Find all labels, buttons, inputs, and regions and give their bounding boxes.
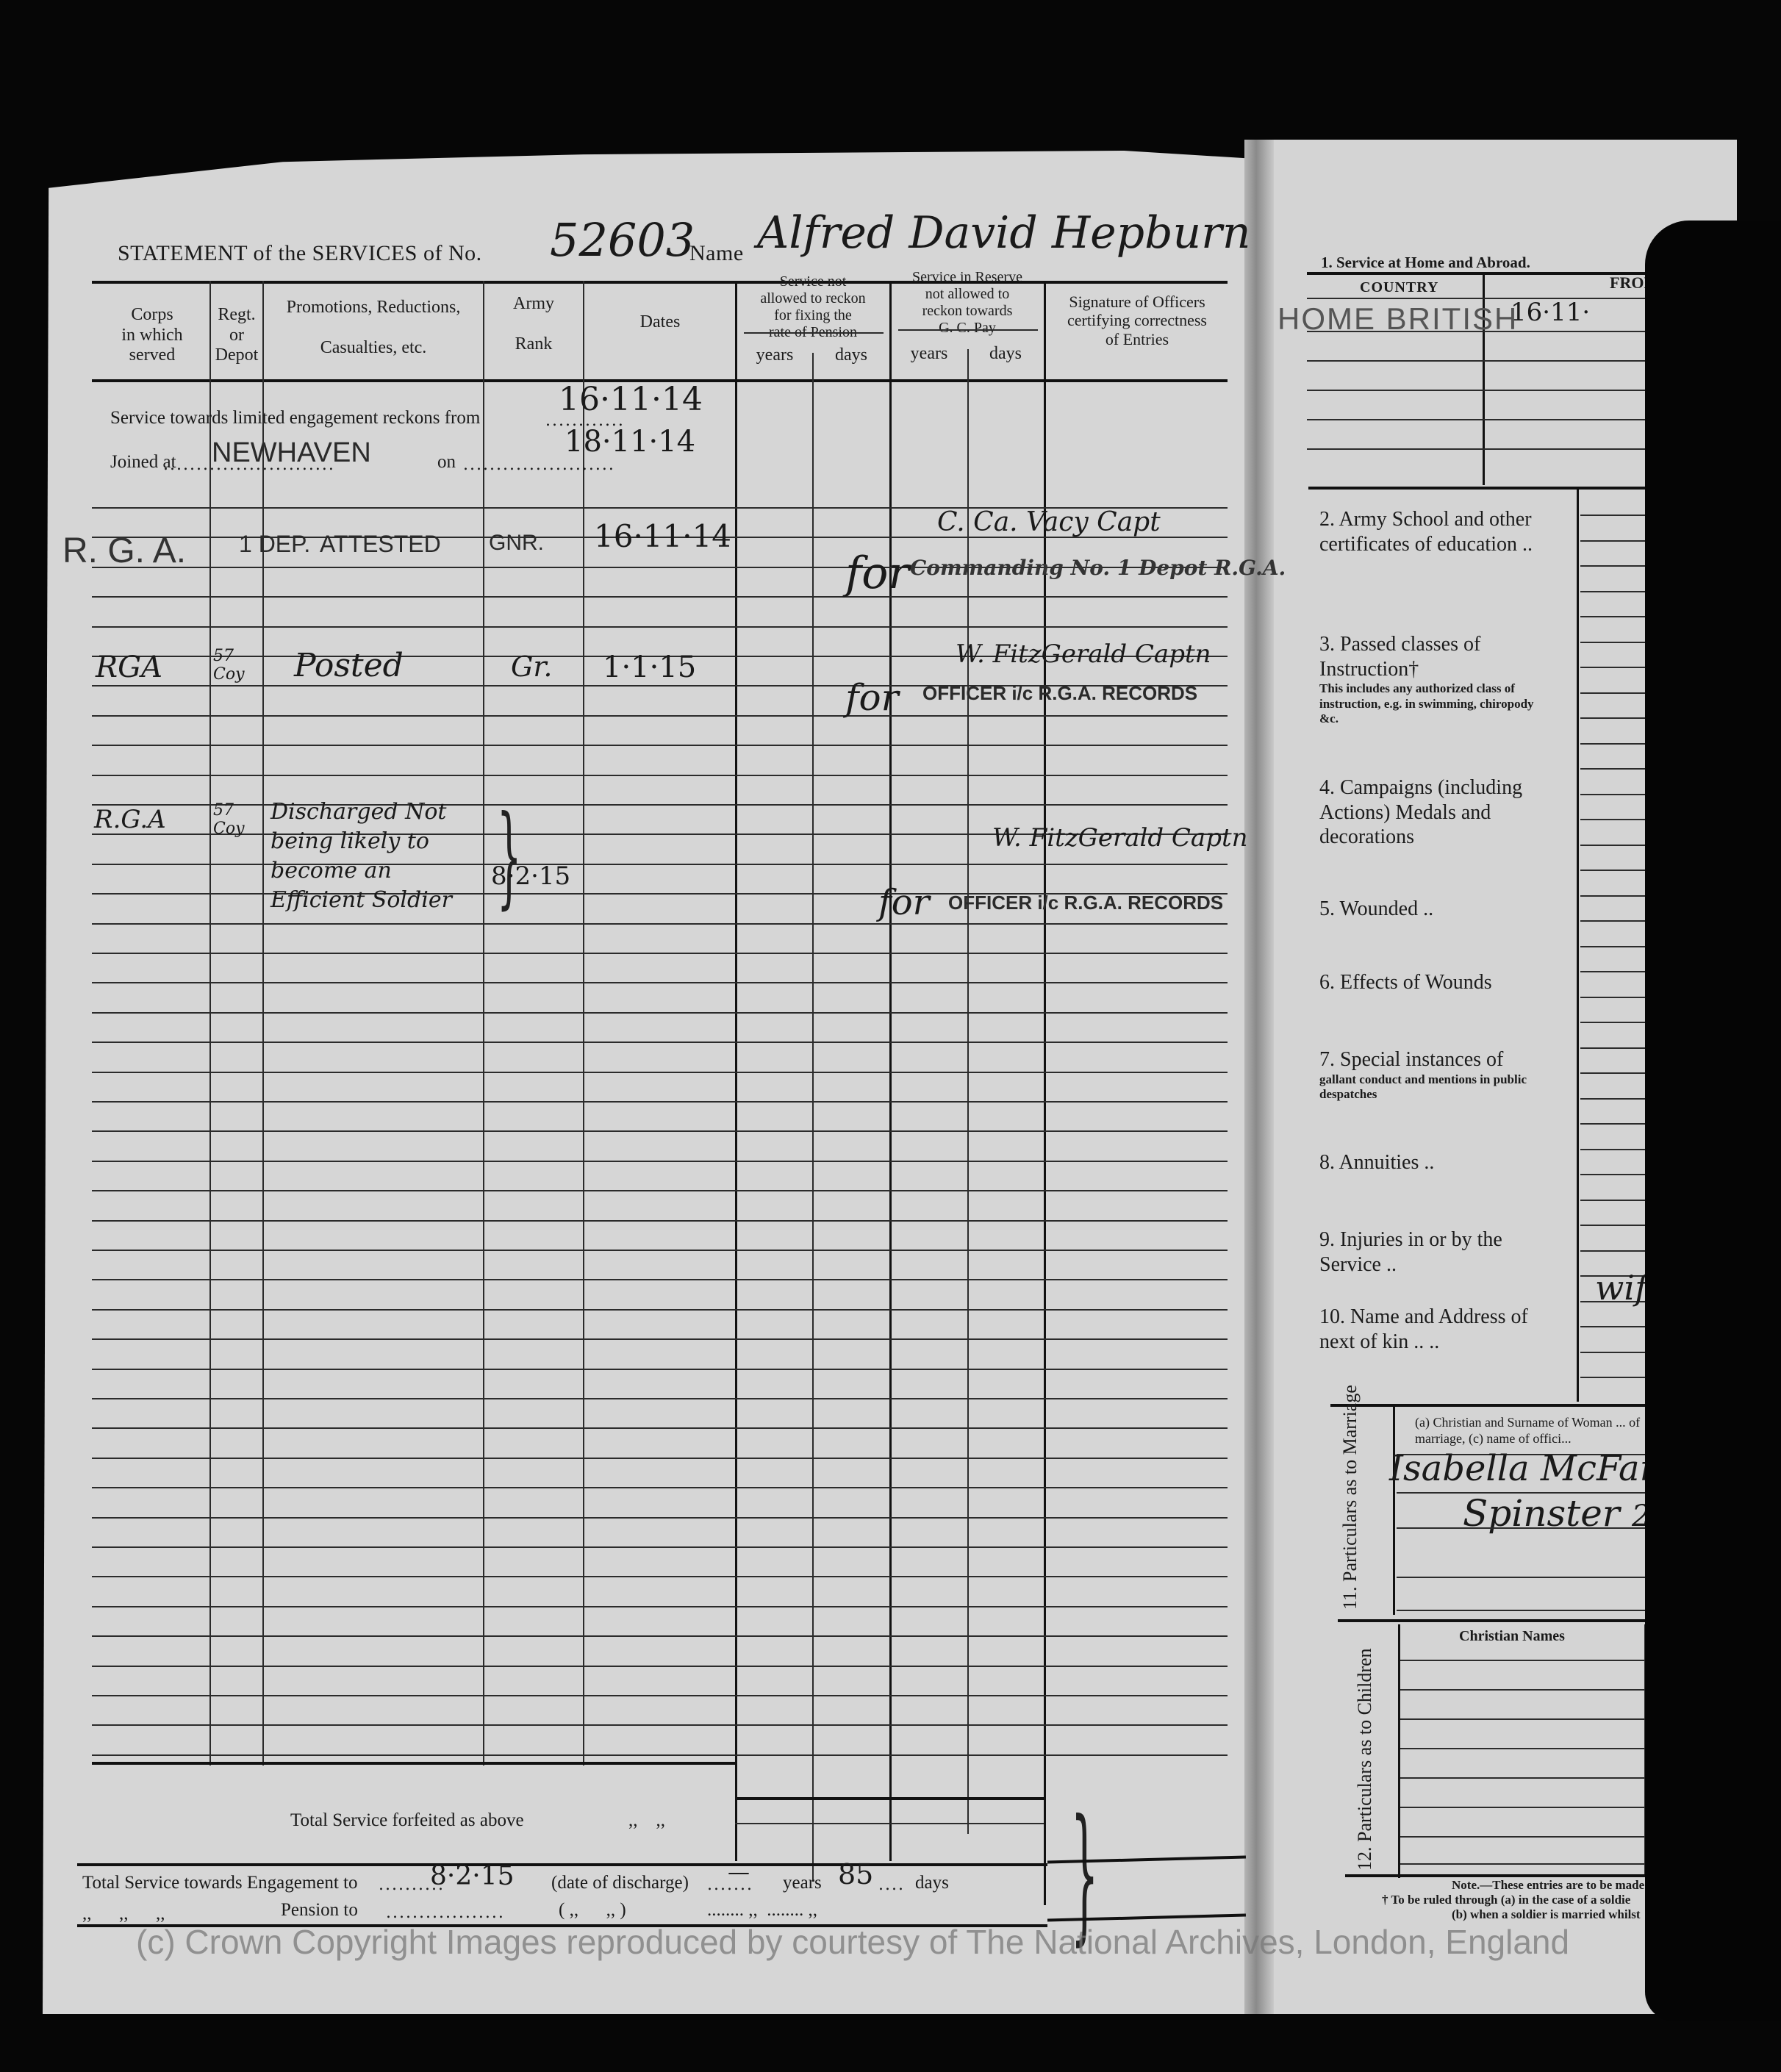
row-rule [92, 1101, 1228, 1103]
col-divider [1577, 487, 1579, 1402]
row-rule [1397, 1527, 1654, 1529]
row-rule [1580, 692, 1654, 694]
entry-corps: R.G.A [94, 805, 166, 834]
entry-regt: 1 DEP. [239, 531, 310, 558]
row-rule [92, 1724, 1228, 1726]
row-rule [92, 1190, 1228, 1191]
row-rule [1400, 1718, 1654, 1720]
entry-regt: 57 Coy [213, 801, 262, 838]
row-rule [1397, 1577, 1654, 1578]
row-rule [1580, 565, 1654, 567]
entry-signature-prefix: for [878, 882, 930, 923]
soldier-name: Alfred David Hepburn [757, 207, 1250, 259]
row-rule [1400, 1807, 1654, 1808]
section-label: 6. Effects of Wounds [1319, 970, 1555, 995]
entry-regt: 57 Coy [213, 647, 262, 684]
row-rule [1580, 920, 1654, 922]
row-rule [92, 804, 1228, 806]
section-label: 7. Special instances of [1319, 1047, 1555, 1072]
row-rule [92, 1606, 1228, 1607]
row-rule [1580, 845, 1654, 846]
row-rule [1580, 717, 1654, 719]
copyright-watermark: (c) Crown Copyright Images reproduced by… [136, 1922, 1569, 1962]
row-rule [92, 1398, 1228, 1399]
total-forfeited-ditto: ,, ,, [628, 1810, 665, 1831]
country-rule [1307, 298, 1652, 299]
row-rule [1580, 540, 1654, 542]
days-value: 85 [838, 1858, 873, 1890]
section-sublabel: gallant conduct and mentions in public d… [1319, 1072, 1555, 1103]
row-rule [1580, 1072, 1654, 1074]
pension-paren: ( ,, ,, ) [559, 1900, 626, 1921]
engagement-date: 8·2·15 [430, 1861, 515, 1891]
row-rule [1580, 997, 1654, 998]
row-rule [92, 1250, 1228, 1251]
row-rule [1580, 870, 1654, 871]
dotted-leader: .................. [386, 1904, 505, 1922]
row-rule [92, 1754, 1228, 1756]
col-header-corps: Corps in which served [94, 305, 210, 366]
row-rule [1580, 1149, 1654, 1150]
col-header-rank: Army Rank [484, 294, 584, 355]
row-rule [92, 1695, 1228, 1696]
row-rule [1580, 1250, 1654, 1252]
row-rule [92, 1161, 1228, 1162]
row-rule [1580, 971, 1654, 972]
col-header-reserve: Service in Reserve not allowed to reckon… [891, 269, 1044, 337]
row-rule [92, 1130, 1228, 1132]
row-rule [1400, 1660, 1654, 1661]
row-rule [1580, 1326, 1654, 1327]
marriage-header: (a) Christian and Surname of Woman ... o… [1415, 1415, 1650, 1447]
date-of-discharge-label: (date of discharge) [551, 1873, 689, 1893]
row-rule [92, 953, 1228, 954]
forfeited-rule [735, 1797, 1044, 1800]
years-value: — [728, 1860, 750, 1885]
entry-stamp: OFFICER i/c R.G.A. RECORDS [922, 682, 1197, 705]
footer-top-rule [77, 1863, 1047, 1866]
col-header-pension: Service not allowed to reckon for fixing… [737, 273, 889, 341]
note-line-2: † To be ruled through (a) in the case of… [1382, 1893, 1630, 1907]
row-rule [92, 715, 1228, 717]
row-rule [1580, 743, 1654, 745]
row-rule [1580, 1352, 1654, 1353]
row-rule [1580, 794, 1654, 795]
row-rule [92, 775, 1228, 776]
section1-rule [1307, 272, 1652, 275]
row-rule [1580, 616, 1654, 617]
section-label: 8. Annuities .. [1319, 1150, 1555, 1175]
col-header-pension-years: years [737, 345, 813, 366]
row-rule [92, 1427, 1228, 1429]
entry-promotion: Posted [294, 647, 404, 684]
row-rule [92, 1220, 1228, 1222]
col-divider [812, 353, 814, 1882]
row-rule [92, 1487, 1228, 1488]
marriage-top-rule [1330, 1404, 1646, 1407]
joined-on-label: on [437, 452, 456, 473]
brace-icon: } [497, 801, 521, 911]
years-label: years [783, 1873, 822, 1893]
entry-signature: C. Ca. Vacy Capt [937, 507, 1161, 537]
service-number: 52603 [550, 213, 695, 267]
pension-tail: ........ ,, ........ ,, [707, 1900, 817, 1921]
row-rule [92, 1042, 1228, 1043]
row-rule [1580, 768, 1654, 770]
entry-stamp: Commanding No. 1 Depot R.G.A. [910, 556, 1286, 580]
section-label: 10. Name and Address of next of kin .. .… [1319, 1305, 1555, 1354]
row-rule [1580, 642, 1654, 643]
right-section-6: 6. Effects of Wounds [1319, 970, 1555, 995]
row-rule [1580, 1047, 1654, 1049]
entry-signature: W. FitzGerald Captn [992, 823, 1248, 853]
right-section-8: 8. Annuities .. [1319, 1150, 1555, 1175]
col-divider [262, 281, 264, 1765]
row-rule [92, 982, 1228, 983]
row-rule [92, 626, 1228, 628]
children-header: Christian Names [1459, 1628, 1565, 1645]
row-rule [92, 1012, 1228, 1014]
row-rule [1400, 1777, 1654, 1779]
right-section-3: 3. Passed classes of Instruction†This in… [1319, 632, 1555, 726]
col-divider [583, 281, 584, 1765]
section-label: 5. Wounded .. [1319, 897, 1555, 922]
col-header-pension-days: days [813, 345, 889, 366]
col-divider [209, 281, 211, 1765]
page-shadow [1645, 221, 1781, 2021]
note-line-1: Note.—These entries are to be made [1452, 1878, 1644, 1893]
col-divider [1393, 1405, 1395, 1615]
days-label: days [915, 1873, 949, 1893]
section-label: 9. Injuries in or by the Service .. [1319, 1227, 1555, 1277]
entry-corps: RGA [96, 650, 162, 684]
col-header-regt: Regt. or Depot [210, 305, 263, 366]
entry-promotion: ATTESTED [320, 531, 441, 558]
row-rule [1400, 1863, 1654, 1865]
children-bottom-rule [1345, 1874, 1654, 1877]
col-divider [1398, 1624, 1400, 1878]
entry-date: 1·1·15 [603, 650, 696, 684]
marriage-label: 11. Particulars as to Marriage [1339, 1385, 1361, 1610]
row-rule [1400, 1689, 1654, 1691]
row-rule [1307, 419, 1652, 420]
pension-subheader-rule [744, 332, 884, 334]
row-rule [1580, 1377, 1654, 1378]
children-label: 12. Particulars as to Children [1354, 1648, 1376, 1871]
row-rule [92, 1517, 1228, 1519]
row-rule [92, 864, 1228, 865]
country-header: COUNTRY [1360, 279, 1438, 296]
col-header-reserve-years: years [891, 344, 967, 365]
row-rule [92, 1576, 1228, 1577]
row-rule [1397, 1610, 1654, 1611]
row-rule [92, 1338, 1228, 1340]
col-header-dates: Dates [584, 312, 737, 333]
row-rule [1580, 591, 1654, 592]
row-rule [1400, 1748, 1654, 1749]
page-spine [1244, 140, 1274, 2014]
col-header-signature: Signature of Officers certifying correct… [1045, 293, 1229, 348]
section-label: 4. Campaigns (including Actions) Medals … [1319, 775, 1555, 850]
right-section-10: 10. Name and Address of next of kin .. .… [1319, 1305, 1555, 1354]
joined-on-date: 18·11·14 [565, 425, 695, 459]
entry-stamp: OFFICER i/c R.G.A. RECORDS [948, 892, 1223, 914]
row-rule [1580, 667, 1654, 668]
section-sublabel: This includes any authorized class of in… [1319, 681, 1555, 726]
right-section-9: 9. Injuries in or by the Service .. [1319, 1227, 1555, 1277]
row-rule [1580, 1174, 1654, 1175]
row-rule [92, 1309, 1228, 1311]
right-section-2: 2. Army School and other certificates of… [1319, 507, 1555, 556]
entry-date: 8·2·15 [491, 861, 570, 891]
row-rule [1580, 1022, 1654, 1023]
section-label: 2. Army School and other certificates of… [1319, 507, 1555, 556]
row-rule [92, 745, 1228, 746]
entry-rank: Gr. [511, 650, 552, 683]
entry-rank: GNR. [489, 531, 544, 556]
row-rule [1580, 946, 1654, 947]
row-rule [92, 1458, 1228, 1459]
row-rule [92, 923, 1228, 925]
row-rule [1307, 360, 1652, 362]
row-rule [1580, 1225, 1654, 1226]
joined-at-value: NEWHAVEN [212, 437, 371, 469]
row-rule [1580, 1098, 1654, 1100]
from-value: 16·11· [1511, 298, 1590, 327]
row-rule [1307, 390, 1652, 391]
row-rule [1580, 1123, 1654, 1125]
row-rule [92, 1666, 1228, 1667]
pension-ditto: ,, ,, ,, [82, 1904, 165, 1924]
title-prefix: STATEMENT of the SERVICES of No. [118, 241, 482, 266]
note-line-3: (b) when a soldier is married whilst [1452, 1907, 1641, 1922]
reserve-subheader-rule [898, 329, 1038, 331]
name-label: Name [689, 241, 744, 266]
entry-corps: R. G. A. [62, 531, 186, 571]
section-label: 3. Passed classes of Instruction† [1319, 632, 1555, 681]
col-header-reserve-days: days [967, 344, 1044, 365]
row-rule [92, 1369, 1228, 1370]
row-rule [92, 1072, 1228, 1073]
row-rule [92, 1279, 1228, 1280]
row-rule [1307, 331, 1652, 332]
right-section-5: 5. Wounded .. [1319, 897, 1555, 922]
entry-signature: W. FitzGerald Captn [956, 639, 1211, 669]
row-rule [1580, 819, 1654, 820]
limited-engagement-date: 16·11·14 [559, 381, 703, 418]
engagement-label: Total Service towards Engagement to [82, 1873, 358, 1893]
right-section-4: 4. Campaigns (including Actions) Medals … [1319, 775, 1555, 850]
dotted-leader: .... [878, 1876, 905, 1894]
section1-title: 1. Service at Home and Abroad. [1321, 254, 1530, 272]
children-top-rule [1338, 1619, 1654, 1622]
entry-signature-prefix: for [845, 548, 909, 599]
limited-engagement-label: Service towards limited engagement recko… [110, 408, 480, 429]
entry-date: 16·11·14 [594, 518, 731, 554]
totals-top-rule [92, 1762, 735, 1765]
total-forfeited-label: Total Service forfeited as above [290, 1810, 524, 1831]
row-rule [1400, 1836, 1654, 1838]
forfeited-rule [735, 1823, 1044, 1824]
section-rule [1308, 487, 1654, 490]
row-rule [1307, 448, 1652, 450]
col-header-promotions: Promotions, Reductions, Casualties, etc. [263, 298, 484, 359]
pension-label: Pension to [281, 1900, 358, 1921]
row-rule [1580, 515, 1654, 516]
row-rule [92, 1546, 1228, 1548]
row-rule [92, 596, 1228, 598]
entry-promotion: Discharged Not being likely to become an… [270, 797, 476, 915]
col-divider [483, 281, 484, 1765]
entry-signature-prefix: for [845, 676, 899, 719]
row-rule [1580, 1200, 1654, 1201]
row-rule [92, 1635, 1228, 1637]
right-section-7: 7. Special instances ofgallant conduct a… [1319, 1047, 1555, 1102]
row-rule [1580, 895, 1654, 897]
